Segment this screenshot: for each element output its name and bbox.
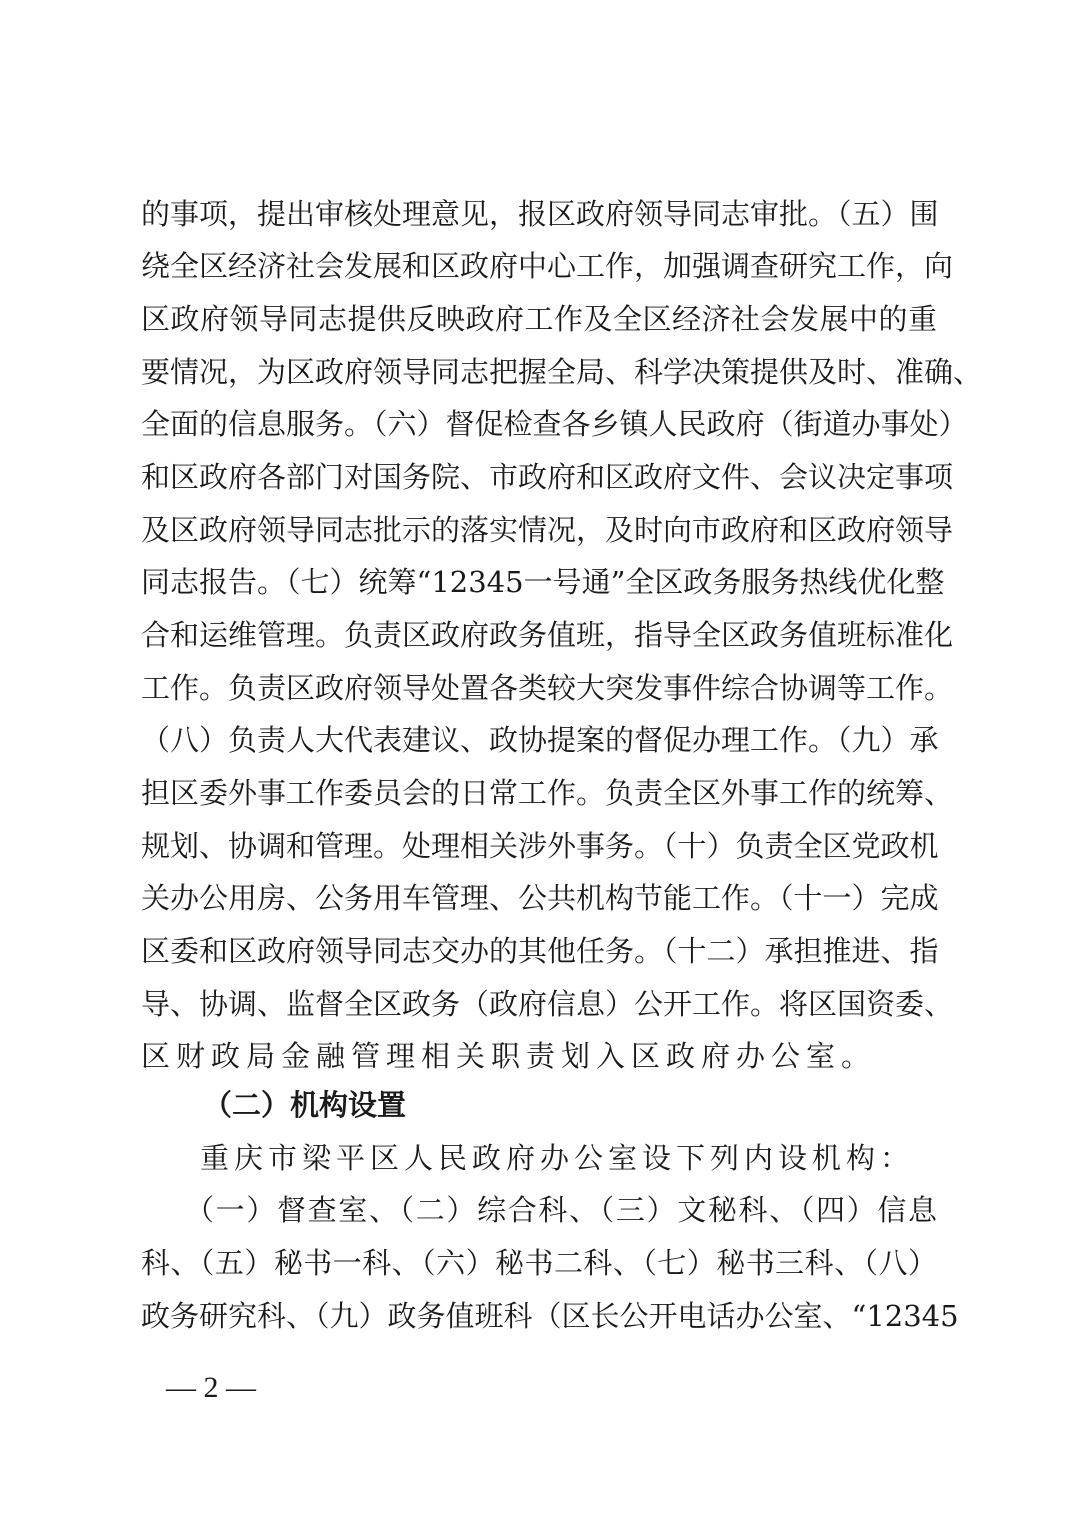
section-intro: 重庆市梁平区人民政府办公室设下列内设机构：: [200, 1138, 914, 1178]
body-line-1: 的事项，提出审核处理意见，报区政府领导同志审批。（五）围: [141, 194, 937, 234]
body-line-8: 同志报告。（七）统筹“12345一号通”全区政务服务热线优化整: [141, 562, 937, 602]
document-page: 的事项，提出审核处理意见，报区政府领导同志审批。（五）围 绕全区经济社会发展和区…: [0, 0, 1075, 1520]
body-line-14: 关办公用房、公务用车管理、公共机构节能工作。（十一）完成: [141, 878, 937, 918]
body-line-10: 工作。负责区政府领导处置各类较大突发事件综合协调等工作。: [141, 668, 937, 708]
body-line-15: 区委和区政府领导同志交办的其他任务。（十二）承担推进、指: [141, 931, 937, 971]
org-line-1: （一）督查室、（二）综合科、（三）文秘科、（四）信息: [185, 1190, 937, 1230]
body-line-12: 担区委外事工作委员会的日常工作。负责全区外事工作的统筹、: [141, 773, 937, 813]
body-line-11: （八）负责人大代表建议、政协提案的督促办理工作。（九）承: [141, 720, 937, 760]
body-line-4: 要情况，为区政府领导同志把握全局、科学决策提供及时、准确、: [141, 352, 937, 392]
body-line-5: 全面的信息服务。（六）督促检查各乡镇人民政府（街道办事处）: [141, 404, 937, 444]
body-line-6: 和区政府各部门对国务院、市政府和区政府文件、会议决定事项: [141, 457, 937, 497]
section-heading: （二）机构设置: [203, 1085, 406, 1125]
body-line-7: 及区政府领导同志批示的落实情况，及时向市政府和区政府领导: [141, 510, 937, 550]
body-line-2: 绕全区经济社会发展和区政府中心工作，加强调查研究工作，向: [141, 246, 937, 286]
body-line-9: 合和运维管理。负责区政府政务值班，指导全区政务值班标准化: [141, 615, 937, 655]
org-line-2: 科、（五）秘书一科、（六）秘书二科、（七）秘书三科、（八）: [141, 1243, 937, 1283]
body-line-17: 区财政局金融管理相关职责划入区政府办公室。: [141, 1036, 937, 1076]
org-line-3: 政务研究科、（九）政务值班科（区长公开电话办公室、“12345: [141, 1296, 937, 1336]
page-number: — 2 —: [166, 1368, 256, 1408]
body-line-3: 区政府领导同志提供反映政府工作及全区经济社会发展中的重: [141, 299, 937, 339]
body-line-16: 导、协调、监督全区政务（政府信息）公开工作。将区国资委、: [141, 984, 937, 1024]
body-line-13: 规划、协调和管理。处理相关涉外事务。（十）负责全区党政机: [141, 826, 937, 866]
